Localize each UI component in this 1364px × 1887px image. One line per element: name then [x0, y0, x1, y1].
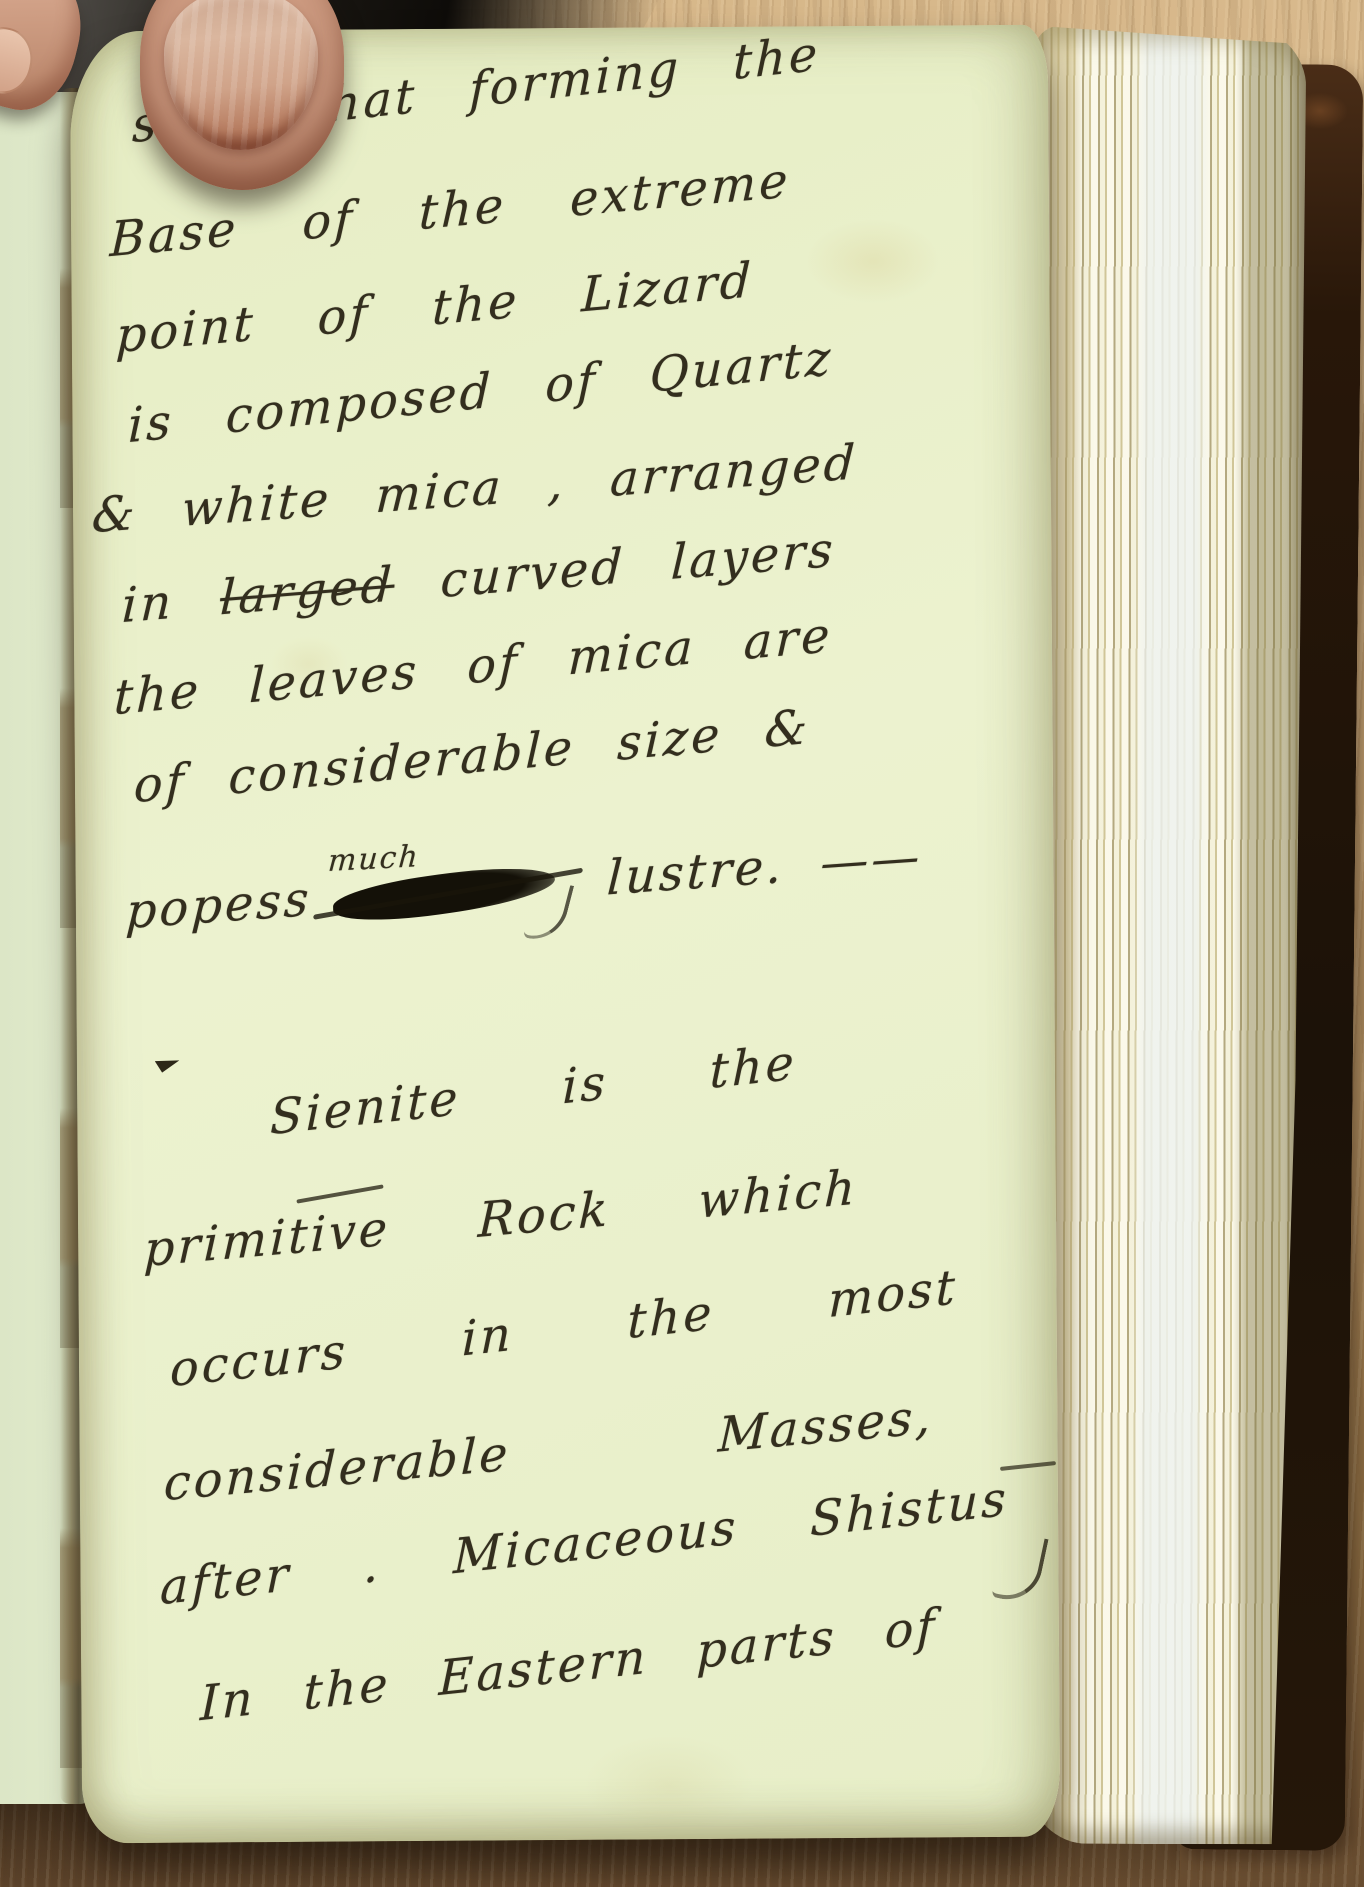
handwritten-line-15: In the Eastern parts of: [200, 1598, 938, 1732]
handwritten-line-5: & white mica , arranged: [91, 434, 859, 544]
underline-sienite: [296, 1184, 383, 1203]
handwritten-line-9: popess lustre. ——: [125, 828, 924, 940]
ink-blot-mark: [155, 1055, 181, 1073]
stray-ink-dash: [1000, 1461, 1056, 1471]
word-in: in: [121, 570, 222, 634]
struck-word: larged: [219, 556, 396, 626]
word-popess: popess: [125, 871, 314, 940]
handwritten-line-8: of considerable size &: [133, 699, 811, 815]
fingernail-main: [164, 0, 318, 150]
words-curved-layers: curved layers: [393, 522, 837, 613]
stray-ink-hook: [991, 1530, 1048, 1606]
fingernail-left: [0, 21, 39, 100]
handwritten-line-12: occurs in the most: [170, 1259, 959, 1398]
handwriting-layer: seen that forming the Base of the extrem…: [0, 0, 1364, 1887]
photo-scene: seen that forming the Base of the extrem…: [0, 0, 1364, 1887]
handwritten-line-11: primitive Rock which: [143, 1159, 859, 1278]
word-lustre: lustre. ——: [569, 828, 923, 909]
handwritten-line-10: Sienite is the: [270, 1034, 798, 1146]
crossed-out-word: [333, 858, 555, 929]
